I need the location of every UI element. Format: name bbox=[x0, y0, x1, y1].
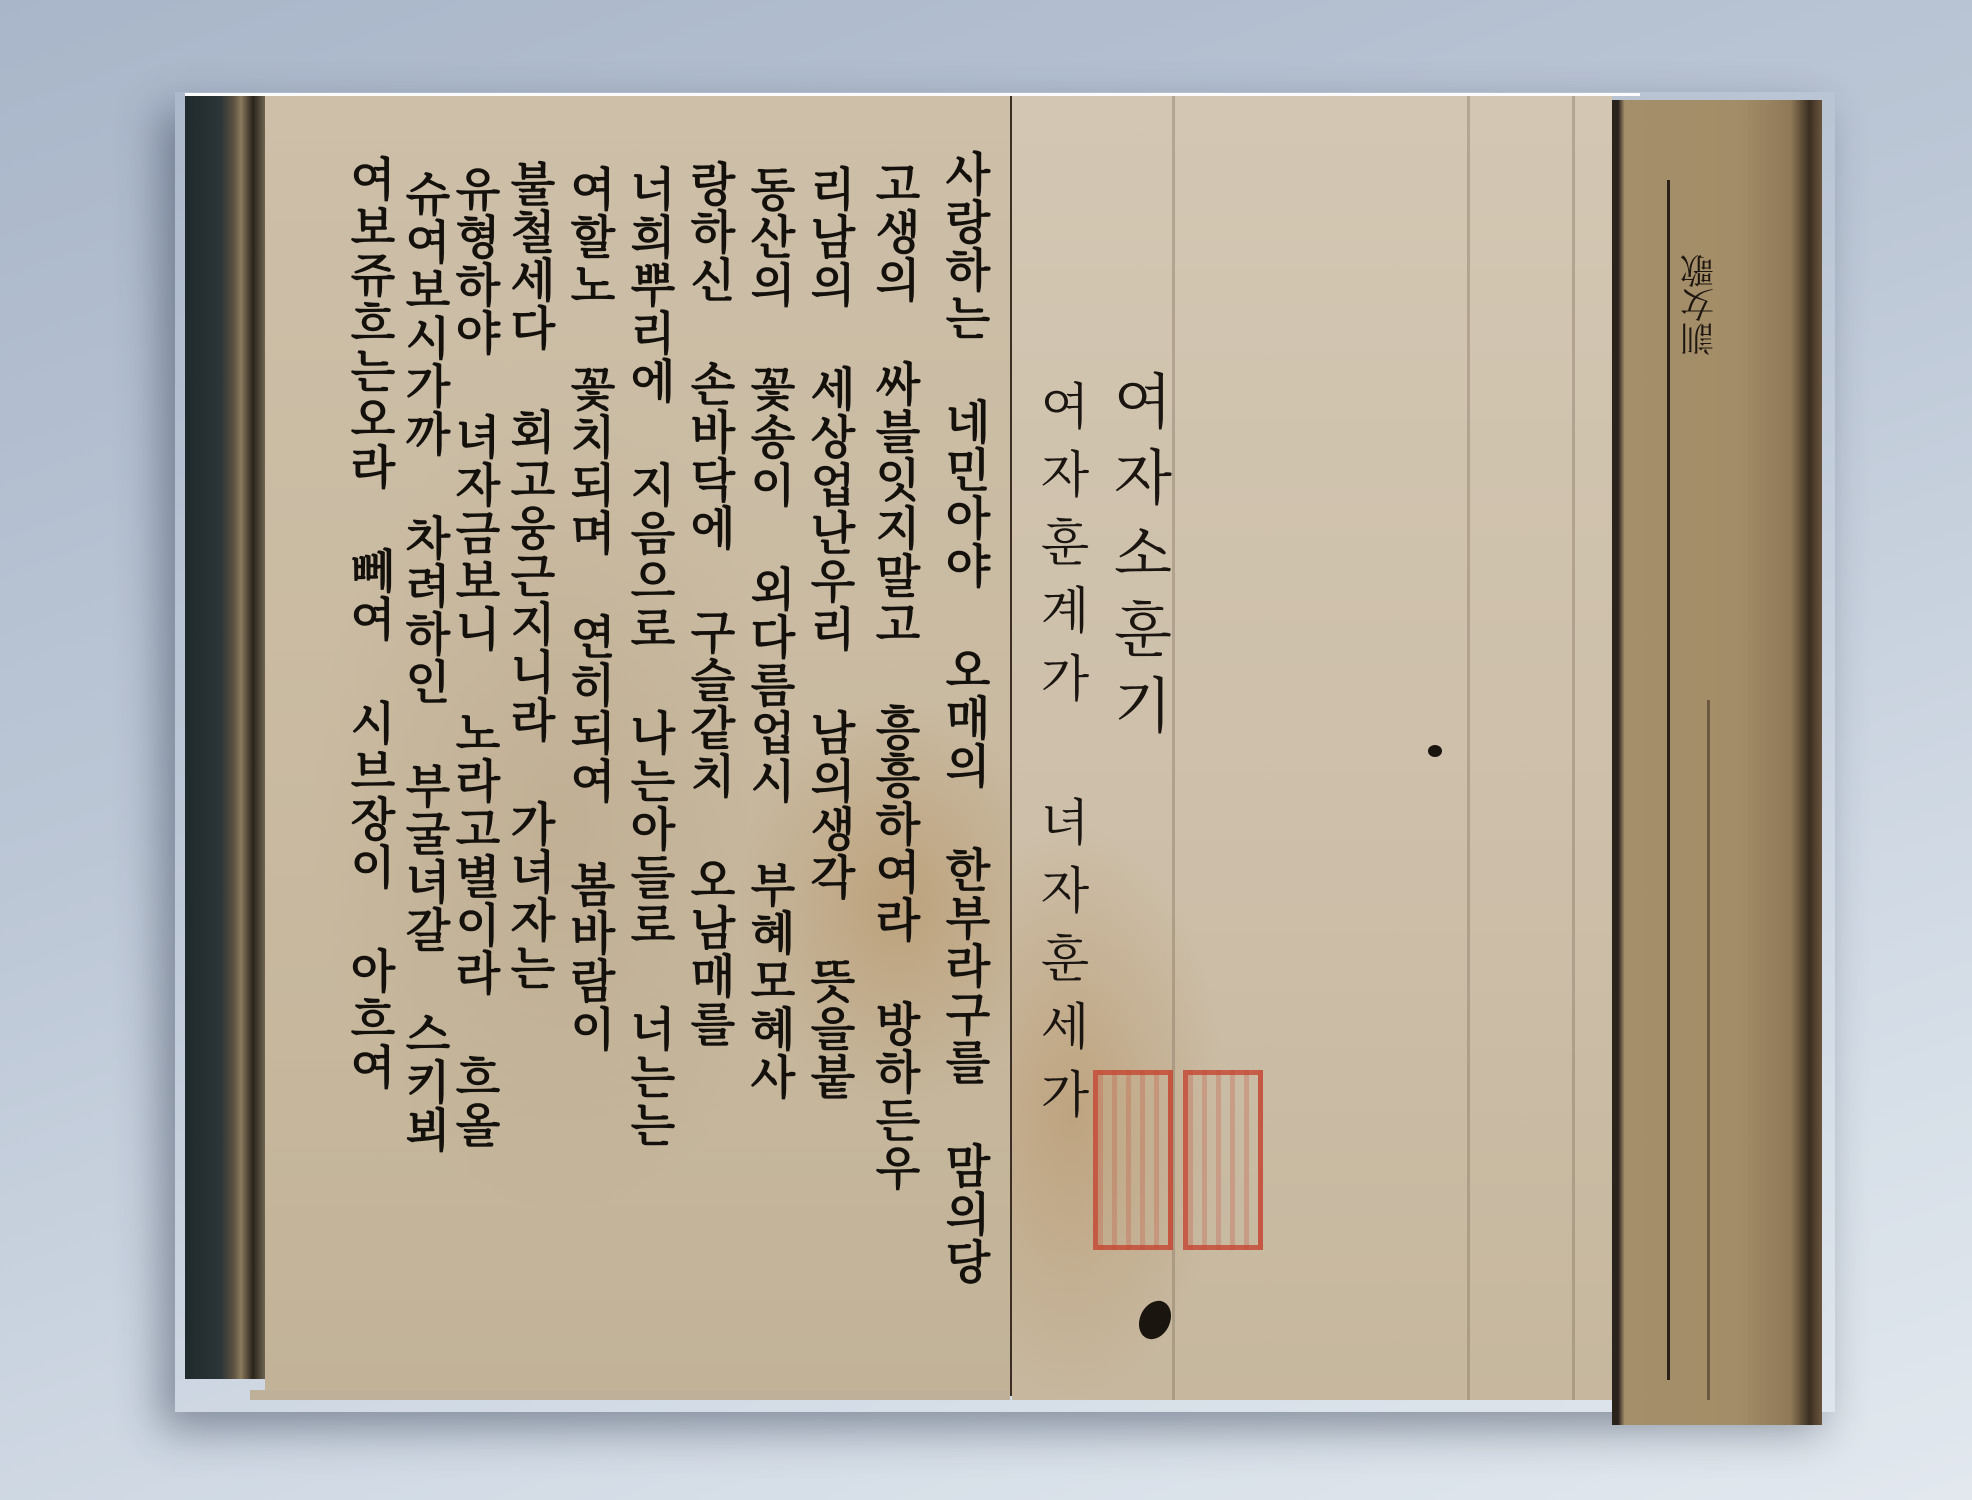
red-seal-stamps bbox=[1093, 1070, 1263, 1250]
seal-stamp-right bbox=[1183, 1070, 1263, 1250]
manuscript-book: 사랑하는 네민아야 오매의 한부라구를 맘의당 고생의 싸블잇지말고 흥흥하여라… bbox=[0, 0, 1972, 1500]
text-column-11: 여보쥬흐는오라 뻬여 시브장이 아흐여 bbox=[340, 155, 400, 1091]
left-spine-edge bbox=[185, 94, 265, 1379]
book-subtitle: 여자훈계가 녀자훈세가 bbox=[1025, 380, 1097, 1136]
cover-rule-line bbox=[1707, 700, 1710, 1400]
page-fold-line bbox=[1572, 96, 1575, 1400]
text-column-6: 너희뿌리에 지음으로 나는아들로 너는는 bbox=[620, 165, 680, 1149]
seal-stamp-left bbox=[1093, 1070, 1173, 1250]
text-column-7: 여할노 꽃치되며 연히되여 봄바람이 bbox=[560, 165, 620, 1053]
page-fold-line bbox=[1467, 96, 1470, 1400]
book-title: 여자소훈기 bbox=[1095, 370, 1181, 750]
cover-title-label: 訓女歌 bbox=[1670, 230, 1730, 380]
left-page-bottom-edge bbox=[250, 1390, 1010, 1400]
text-column-3: 리남의 세상업난우리 남의생각 뜻을붙 bbox=[800, 165, 860, 1101]
text-column-1: 사랑하는 네민아야 오매의 한부라구를 맘의당 bbox=[935, 150, 995, 1286]
text-column-5: 랑하신 손바닥에 구슬같치 오남매를 bbox=[680, 160, 740, 1048]
text-column-8: 불철세다 회고웅근지니라 가녀자는 bbox=[500, 160, 560, 992]
ink-blot bbox=[1428, 745, 1442, 757]
text-column-4: 동산의 꽃송이 외다름업시 부혜모혜사 bbox=[740, 165, 800, 1101]
text-column-2: 고생의 싸블잇지말고 흥흥하여라 방하든우 bbox=[865, 160, 925, 1192]
text-column-10: 슈여보시가까 차려하인 부굴녀갈 스키뵈 bbox=[395, 170, 455, 1154]
